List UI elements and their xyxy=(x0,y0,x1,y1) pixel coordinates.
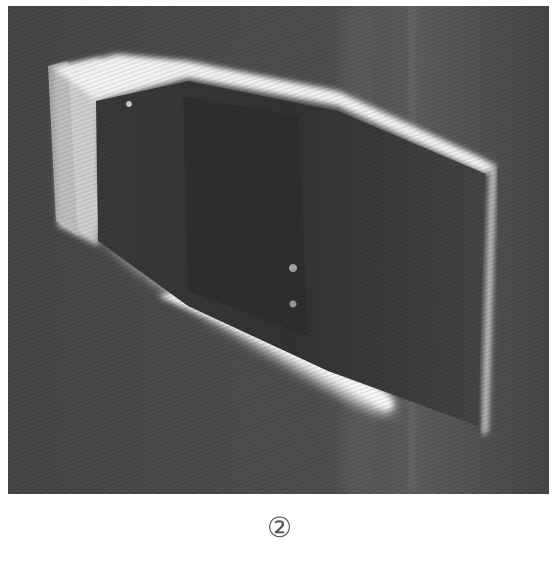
figure-caption: ② xyxy=(0,512,559,544)
photograph xyxy=(8,6,549,494)
photo-scene xyxy=(8,6,549,494)
